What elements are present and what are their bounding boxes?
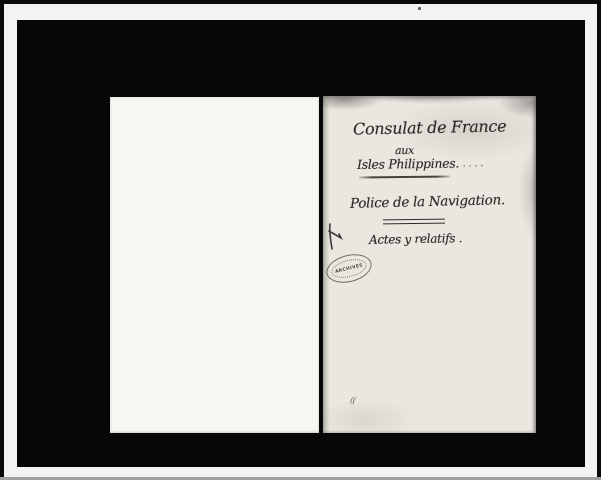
margin-squiggle-mark [323, 222, 349, 252]
archives-stamp: ARCHIVES [323, 250, 374, 287]
scan-artifact-dot [418, 7, 421, 10]
trailing-dots: .... [463, 159, 487, 169]
blank-left-page [110, 97, 319, 433]
archives-stamp-inner-ring: ARCHIVES [329, 256, 368, 281]
heading-underline [359, 176, 450, 179]
section-title-police-navigation: Police de la Navigation. [350, 192, 505, 212]
film-edge-right [597, 0, 601, 480]
archives-stamp-text: ARCHIVES [335, 263, 364, 275]
film-frame: Consulat de France aux Isles Philippines… [17, 20, 585, 467]
film-edge-left [0, 0, 4, 480]
pencil-corner-mark: (( [349, 396, 356, 407]
subtitle-actes-y-relatifs: Actes y relatifs . [369, 231, 462, 247]
heading-consulat-de-france: Consulat de France [353, 116, 507, 138]
film-edge-top [0, 0, 601, 4]
heading-isles-philippines-text: Isles Philippines. [357, 155, 459, 171]
microfilm-scan: Consulat de France aux Isles Philippines… [0, 0, 601, 480]
manuscript-title-page: Consulat de France aux Isles Philippines… [323, 96, 536, 433]
heading-isles-philippines: Isles Philippines. .... [357, 155, 486, 172]
section-double-underline [383, 219, 445, 225]
